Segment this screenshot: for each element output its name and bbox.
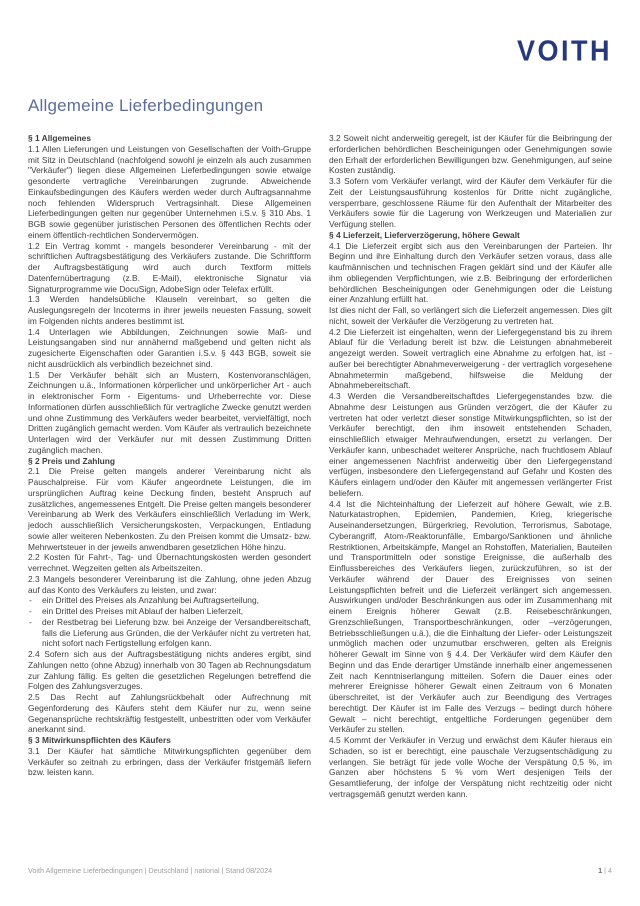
paragraph-4-1: 4.1 Die Lieferzeit ergibt sich aus den V… bbox=[329, 241, 612, 306]
document-body: § 1 Allgemeines 1.1 Allen Lieferungen un… bbox=[28, 133, 612, 800]
paragraph-4-3: 4.3 Werden die Versandbereitschaftdes Li… bbox=[329, 391, 612, 499]
paragraph-1-5: 1.5 Der Verkäufer behält sich an Mustern… bbox=[28, 370, 311, 456]
paragraph-1-3: 1.3 Werden handelsübliche Klauseln verei… bbox=[28, 294, 311, 326]
bullet-item: - der Restbetrag bei Lieferung bzw. bei … bbox=[28, 617, 311, 649]
section-heading-3: § 3 Mitwirkunspflichten des Käufers bbox=[28, 735, 311, 746]
bullet-item: - ein Drittel des Preises mit Ablauf der… bbox=[28, 606, 311, 617]
section-heading-1: § 1 Allgemeines bbox=[28, 133, 311, 144]
left-column: § 1 Allgemeines 1.1 Allen Lieferungen un… bbox=[28, 133, 311, 800]
paragraph-4-5: 4.5 Kommt der Verkäufer in Verzug und er… bbox=[329, 735, 612, 800]
paragraph-4-4: 4.4 Ist die Nichteinhaltung der Lieferze… bbox=[329, 499, 612, 736]
page-number: 1 | 4 bbox=[598, 866, 612, 875]
paragraph-1-1: 1.1 Allen Lieferungen und Leistungen von… bbox=[28, 144, 311, 241]
paragraph-3-3: 3.3 Sofern vom Verkäufer verlangt, wird … bbox=[329, 176, 612, 230]
document-page: VOITH Allgemeine Lieferbedingungen § 1 A… bbox=[0, 0, 640, 906]
paragraph-2-1: 2.1 Die Preise gelten mangels anderer Ve… bbox=[28, 466, 311, 552]
paragraph-4-1-continued: Ist dies nicht der Fall, so verlängert s… bbox=[329, 305, 612, 327]
paragraph-3-2: 3.2 Soweit nicht anderweitig geregelt, i… bbox=[329, 133, 612, 176]
paragraph-3-1: 3.1 Der Käufer hat sämtliche Mitwirkungs… bbox=[28, 746, 311, 778]
footer-meta: Voith Allgemeine Lieferbedingungen | Deu… bbox=[28, 866, 272, 875]
paragraph-2-5: 2.5 Das Recht auf Zahlungsrückbehalt ode… bbox=[28, 692, 311, 735]
bullet-marker: - bbox=[28, 617, 42, 649]
page-number-current: 1 bbox=[598, 866, 602, 875]
paragraph-2-3: 2.3 Mangels besonderer Vereinbarung ist … bbox=[28, 574, 311, 596]
voith-logo: VOITH bbox=[517, 35, 612, 68]
bullet-item: - ein Drittel des Preises als Anzahlung … bbox=[28, 595, 311, 606]
section-heading-4: § 4 Lieferzeit, Lieferverzögerung, höher… bbox=[329, 230, 612, 241]
paragraph-2-2: 2.2 Kosten für Fahrt-, Tag- und Übernach… bbox=[28, 552, 311, 574]
paragraph-1-4: 1.4 Unterlagen wie Abbildungen, Zeichnun… bbox=[28, 327, 311, 370]
page-number-separator: | bbox=[604, 866, 606, 875]
section-heading-2: § 2 Preis und Zahlung bbox=[28, 456, 311, 467]
bullet-marker: - bbox=[28, 595, 42, 606]
right-column: 3.2 Soweit nicht anderweitig geregelt, i… bbox=[329, 133, 612, 800]
bullet-marker: - bbox=[28, 606, 42, 617]
paragraph-2-4: 2.4 Sofern sich aus der Auftragsbestätig… bbox=[28, 649, 311, 692]
paragraph-1-2: 1.2 Ein Vertrag kommt - mangels besonder… bbox=[28, 241, 311, 295]
page-footer: Voith Allgemeine Lieferbedingungen | Deu… bbox=[28, 866, 612, 875]
page-title: Allgemeine Lieferbedingungen bbox=[28, 96, 263, 116]
page-number-total: 4 bbox=[608, 866, 612, 875]
paragraph-4-2: 4.2 Die Lieferzeit ist eingehalten, wenn… bbox=[329, 327, 612, 392]
